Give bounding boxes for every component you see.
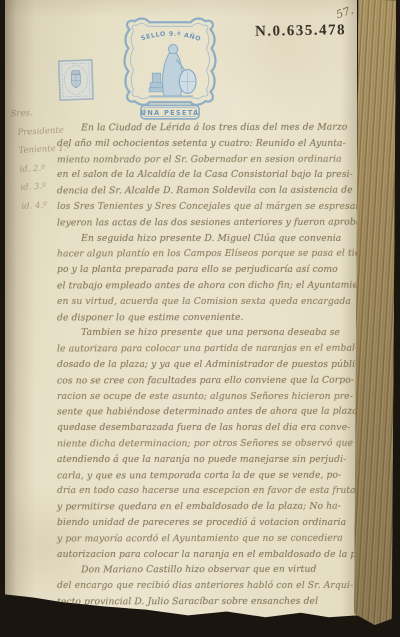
manuscript-line: cos no se cree con facultades para ello … [57, 372, 357, 389]
paper-sheet: 57. N.0.635.478 SELLO 9.º AÑO 1874 [5, 0, 357, 637]
stamp-value-tablet: UNA PESETA [141, 105, 200, 119]
margin-note: Teniente 1.º [12, 140, 61, 161]
manuscript-line: miento nombrado por el Sr. Gobernador en… [57, 151, 357, 168]
coat-of-arms [71, 70, 81, 88]
book-fore-edge [354, 0, 396, 630]
manuscript-line: autorizacion para colocar la naranja en … [57, 547, 357, 563]
manuscript-text: En la Ciudad de Lérida á los tres dias d… [57, 120, 357, 610]
manuscript-line: atendiendo á que la naranja no puede man… [57, 452, 357, 468]
manuscript-line: quedase desembarazada fuera de las horas… [57, 420, 357, 436]
manuscript-line: En la Ciudad de Lérida á los tres dias d… [57, 120, 357, 137]
manuscript-line: En seguida hizo presente D. Miguel Clúa … [57, 231, 357, 247]
manuscript-line: del año mil ochocientos setenta y cuatro… [57, 136, 357, 152]
margin-notes: Sres.PresidenteTeniente 1.ºid. 2.ºid. 3.… [10, 103, 64, 216]
manuscript-line: del encargo que recibió dias anteriores … [57, 578, 357, 594]
manuscript-line: tecto provincial D. Julio Saracíbar sobr… [57, 594, 357, 611]
manuscript-line: racion se ocupe de este asunto; algunos … [57, 389, 357, 405]
manuscript-line: Tambien se hizo presente que una persona… [57, 325, 357, 341]
manuscript-line: y por mayoría acordó el Ayuntamiento que… [57, 530, 357, 547]
manuscript-line: le autorizara para colocar una partida d… [57, 341, 357, 358]
serial-number: N.0.635.478 [255, 22, 346, 41]
scanned-manuscript-photo: 57. N.0.635.478 SELLO 9.º AÑO 1874 [0, 0, 400, 637]
manuscript-line: biendo unidad de pareceres se procedió á… [57, 515, 357, 531]
manuscript-line: el trabajo empleado antes de ahora con d… [57, 278, 357, 295]
manuscript-line: carla, y que es una temporada corta la d… [57, 467, 357, 484]
manuscript-line: en su virtud, acuerda que la Comision se… [57, 294, 357, 310]
manuscript-line: sente que habiéndose determinado antes d… [57, 404, 357, 421]
manuscript-line: Don Mariano Castillo hizo observar que e… [57, 562, 357, 579]
manuscript-line: dria en todo caso hacerse una escepcion … [57, 483, 357, 499]
manuscript-line: dosado de la plaza; y ya que el Administ… [57, 357, 357, 373]
manuscript-line: po y la planta preparada para ello se pe… [57, 262, 357, 278]
manuscript-line: en el salon de la Alcaldía de la Casa Co… [57, 167, 357, 183]
manuscript-line: y permitirse quedara en el embaldosado d… [57, 499, 357, 516]
revenue-stamp [57, 58, 95, 105]
manuscript-line: los Sres Tenientes y Sres Concejales que… [57, 199, 357, 215]
manuscript-line: dencia del Sr. Alcalde D. Ramon Soldevil… [57, 183, 357, 200]
stamp-bottom-text: UNA PESETA [141, 109, 200, 117]
folio-number: 57. [334, 4, 355, 22]
manuscript-line: niente dicha determinacion; por otros Se… [57, 436, 357, 453]
fiscal-stamp: SELLO 9.º AÑO 1874 UNA PESETA [118, 16, 222, 126]
manuscript-line: hacer algun plantío en los Campos Elíseo… [57, 246, 357, 263]
manuscript-line: leyeron las actas de las dos sesiones an… [57, 214, 357, 231]
fiscal-stamp-graphic: SELLO 9.º AÑO 1874 UNA PESETA [118, 16, 222, 122]
revenue-stamp-graphic [57, 58, 94, 101]
allegorical-figure [149, 45, 196, 96]
manuscript-line: de disponer lo que estime conveniente. [57, 309, 357, 326]
